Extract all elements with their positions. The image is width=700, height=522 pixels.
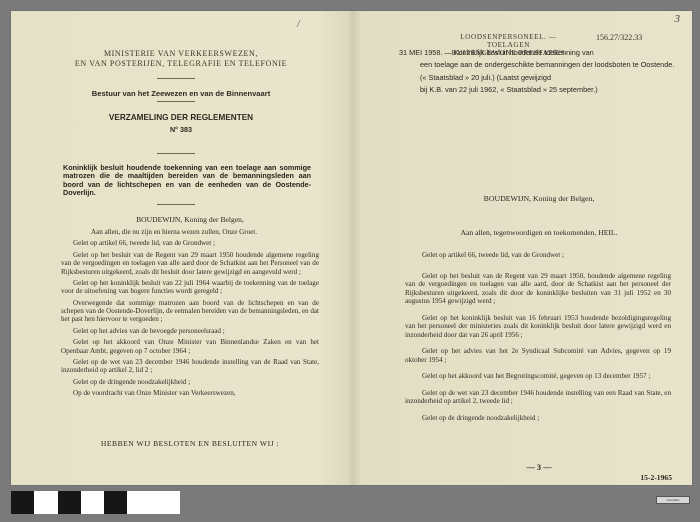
collection-title: VERZAMELING DER REGLEMENTEN: [41, 113, 321, 122]
scale-block-black: [104, 491, 127, 514]
paragraph: Op de voordracht van Onze Minister van V…: [61, 389, 319, 397]
color-calibration-bar: [11, 491, 180, 514]
divider: [157, 153, 195, 154]
paragraph: Gelet op de dringende noodzakelijkheid ;: [405, 414, 671, 423]
paragraph: Gelet op de wet van 23 december 1946 hou…: [405, 389, 671, 406]
divider: [157, 204, 195, 205]
pencil-mark: /: [297, 19, 300, 30]
archive-label: inventaris: [656, 496, 690, 504]
paragraph: Gelet op het advies van het 2e Syndicaal…: [405, 347, 671, 364]
paragraph: Gelet op het akkoord van het Begrotingsc…: [405, 372, 671, 381]
regulation-number: N° 383: [41, 125, 321, 134]
paragraph: Gelet op het besluit van de Regent van 2…: [61, 251, 319, 276]
right-page: 3 LOODSENPERSONEEL. — TOELAGEN BUITENGEW…: [353, 11, 692, 485]
decree-title: Koninklijk besluit houdende toekenning v…: [63, 164, 311, 198]
page-folio: — 3 —: [399, 463, 679, 472]
document-spread: / MINISTERIE VAN VERKEERSWEZEN, EN VAN P…: [11, 11, 692, 485]
paragraph: Overwegende dat sommige matrozen aan boo…: [61, 299, 319, 324]
paragraph: Gelet op het besluit van de Regent van 2…: [405, 272, 671, 306]
date-stamp: 15-2-1965: [640, 473, 672, 482]
paragraph: Gelet op de dringende noodzakelijkheid ;: [61, 378, 319, 386]
closing-formula: HEBBEN WIJ BESLOTEN EN BESLUITEN WIJ :: [61, 439, 319, 448]
greeting: Aan allen, die nu zijn en hierna wezen z…: [61, 228, 319, 236]
decree-reference: 31 MEI 1958. — Koninklijk besluit houden…: [399, 47, 679, 96]
classification-code: 156.27/322.33: [596, 33, 642, 42]
handwritten-page-number: 3: [675, 13, 681, 25]
paragraph: Gelet op het akkoord van Onze Minister v…: [61, 338, 319, 355]
paragraph: Gelet op de wet van 23 december 1946 hou…: [61, 358, 319, 375]
body-text: Gelet op artikel 66, tweede lid, van de …: [405, 251, 671, 430]
paragraph: Gelet op artikel 66, tweede lid, van de …: [61, 239, 319, 247]
scale-block-black: [58, 491, 81, 514]
greeting: Aan allen, tegenwoordigen en toekomenden…: [399, 228, 679, 237]
paragraph: Gelet op het advies van de bevoegde pers…: [61, 327, 319, 335]
paragraph: Gelet op het koninklijk besluit van 22 j…: [61, 279, 319, 296]
left-page: / MINISTERIE VAN VERKEERSWEZEN, EN VAN P…: [11, 11, 351, 485]
scale-block-black: [11, 491, 34, 514]
administration-heading: Bestuur van het Zeewezen en van de Binne…: [41, 89, 321, 98]
king-line: BOUDEWIJN, Koning der Belgen,: [399, 194, 679, 203]
divider: [157, 101, 195, 102]
divider: [157, 78, 195, 79]
body-text: Aan allen, die nu zijn en hierna wezen z…: [61, 228, 319, 401]
ministry-heading: MINISTERIE VAN VERKEERSWEZEN, EN VAN POS…: [41, 49, 321, 69]
paragraph: Gelet op het koninklijk besluit van 16 f…: [405, 314, 671, 340]
paragraph: Gelet op artikel 66, tweede lid, van de …: [405, 251, 671, 260]
king-line: BOUDEWIJN, Koning der Belgen,: [61, 215, 319, 224]
